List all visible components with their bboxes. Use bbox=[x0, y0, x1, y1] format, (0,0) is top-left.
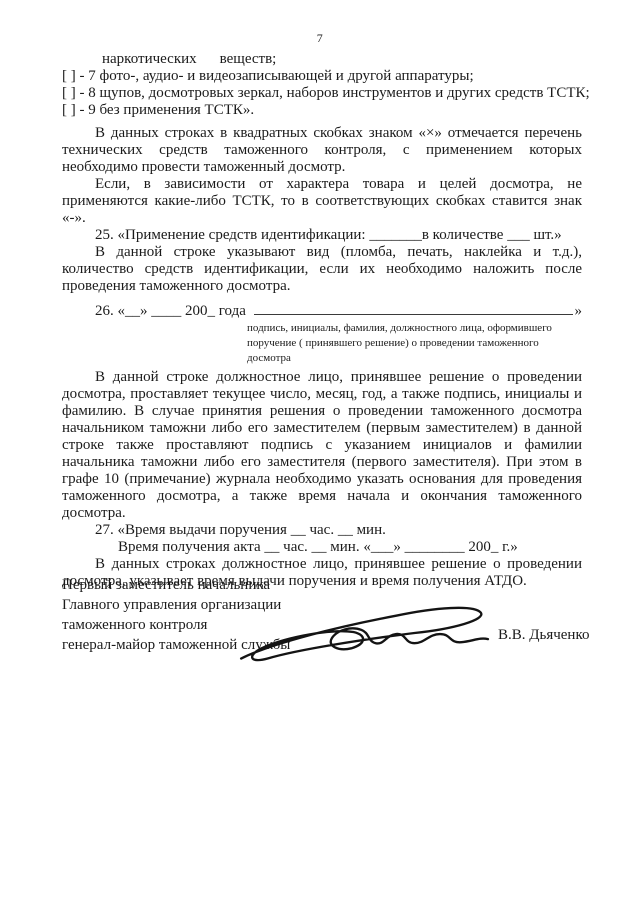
item-26-line: 26. «__» ____ 200_ года » bbox=[62, 300, 582, 320]
checkbox-item-8: [ ] - 8 щупов, досмотровых зеркал, набор… bbox=[62, 85, 582, 102]
checkbox-item-9: [ ] - 9 без применения ТСТК». bbox=[62, 102, 582, 119]
continuation-word-2: веществ; bbox=[220, 51, 277, 67]
item-27-line-2: Время получения акта __ час. __ мин. «__… bbox=[62, 539, 582, 556]
paragraph-tstk-dash: Если, в зависимости от характера товара … bbox=[62, 176, 582, 227]
list-continuation-line: наркотическихвеществ; bbox=[62, 51, 582, 68]
paragraph-item25-explanation: В данной строке указывают вид (пломба, п… bbox=[62, 244, 582, 295]
item-25-line: 25. «Применение средств идентификации: _… bbox=[62, 227, 582, 244]
item-26-prefix: 26. «__» ____ 200_ года bbox=[95, 303, 246, 320]
paragraph-tstk-marking: В данных строках в квадратных скобках зн… bbox=[62, 125, 582, 176]
checkbox-item-7: [ ] - 7 фото-, аудио- и видеозаписывающе… bbox=[62, 68, 582, 85]
continuation-word-1: наркотических bbox=[102, 51, 197, 67]
item-26-caption: подпись, инициалы, фамилия, должностного… bbox=[247, 321, 582, 366]
page-number: 7 bbox=[0, 31, 640, 46]
item-26-caption-line-2: поручение ( принявшего решение) о провед… bbox=[247, 336, 582, 366]
paragraph-item26-explanation: В данной строке должностное лицо, приняв… bbox=[62, 369, 582, 522]
document-page: 7 наркотическихвеществ; [ ] - 7 фото-, а… bbox=[0, 0, 640, 900]
signatory-name: В.В. Дьяченко bbox=[498, 627, 590, 644]
document-body: наркотическихвеществ; [ ] - 7 фото-, ауд… bbox=[62, 51, 582, 590]
item-27-line-1: 27. «Время выдачи поручения __ час. __ м… bbox=[62, 522, 582, 539]
item-26-caption-line-1: подпись, инициалы, фамилия, должностного… bbox=[247, 321, 582, 336]
signature-blank-line bbox=[254, 300, 573, 315]
signature-scribble bbox=[235, 596, 490, 668]
item-26-closing-quote: » bbox=[575, 303, 583, 320]
signatory-title-line-1: Первый заместитель начальника bbox=[62, 575, 290, 595]
